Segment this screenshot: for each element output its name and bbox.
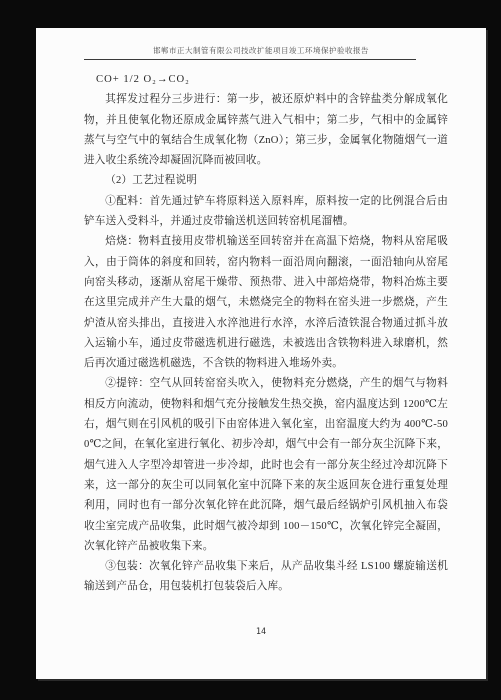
paragraph: ①配料：首先通过铲车将原料送入原料库，原料按一定的比例混合后由铲车送入受料斗，并… [84,192,448,233]
page-header: 邯郸市正大制管有限公司技改扩能项目竣工环境保护验收报告 [36,28,486,60]
paragraph: ③包装：次氧化锌产品收集下来后，从产品收集斗经 LS100 螺旋输送机输送到产品… [84,557,448,598]
header-rule [84,59,416,60]
header-title: 邯郸市正大制管有限公司技改扩能项目竣工环境保护验收报告 [36,45,486,56]
paragraph: CO+ 1/2 O₂→CO₂ [84,70,448,90]
document-body: CO+ 1/2 O₂→CO₂其挥发过程分三步进行：第一步，被还原炉料中的含锌盐类… [84,70,448,598]
paragraph: （2）工艺过程说明 [84,171,448,191]
document-page: 邯郸市正大制管有限公司技改扩能项目竣工环境保护验收报告 CO+ 1/2 O₂→C… [36,28,486,679]
paragraph: 其挥发过程分三步进行：第一步，被还原炉料中的含锌盐类分解成氧化物，并且使氧化物还… [84,90,448,171]
scanned-document-background: { "header": { "title": "邯郸市正大制管有限公司技改扩能项… [0,0,501,700]
paragraph: 焙烧：物料直接用皮带机输送至回转窑并在高温下焙烧，物料从窑尾吸入，由于筒体的斜度… [84,232,448,374]
page-number: 14 [36,627,486,637]
paragraph: ②提锌：空气从回转窑窑头吹入，使物料充分燃烧，产生的烟气与物料相反方向流动，使物… [84,374,448,557]
